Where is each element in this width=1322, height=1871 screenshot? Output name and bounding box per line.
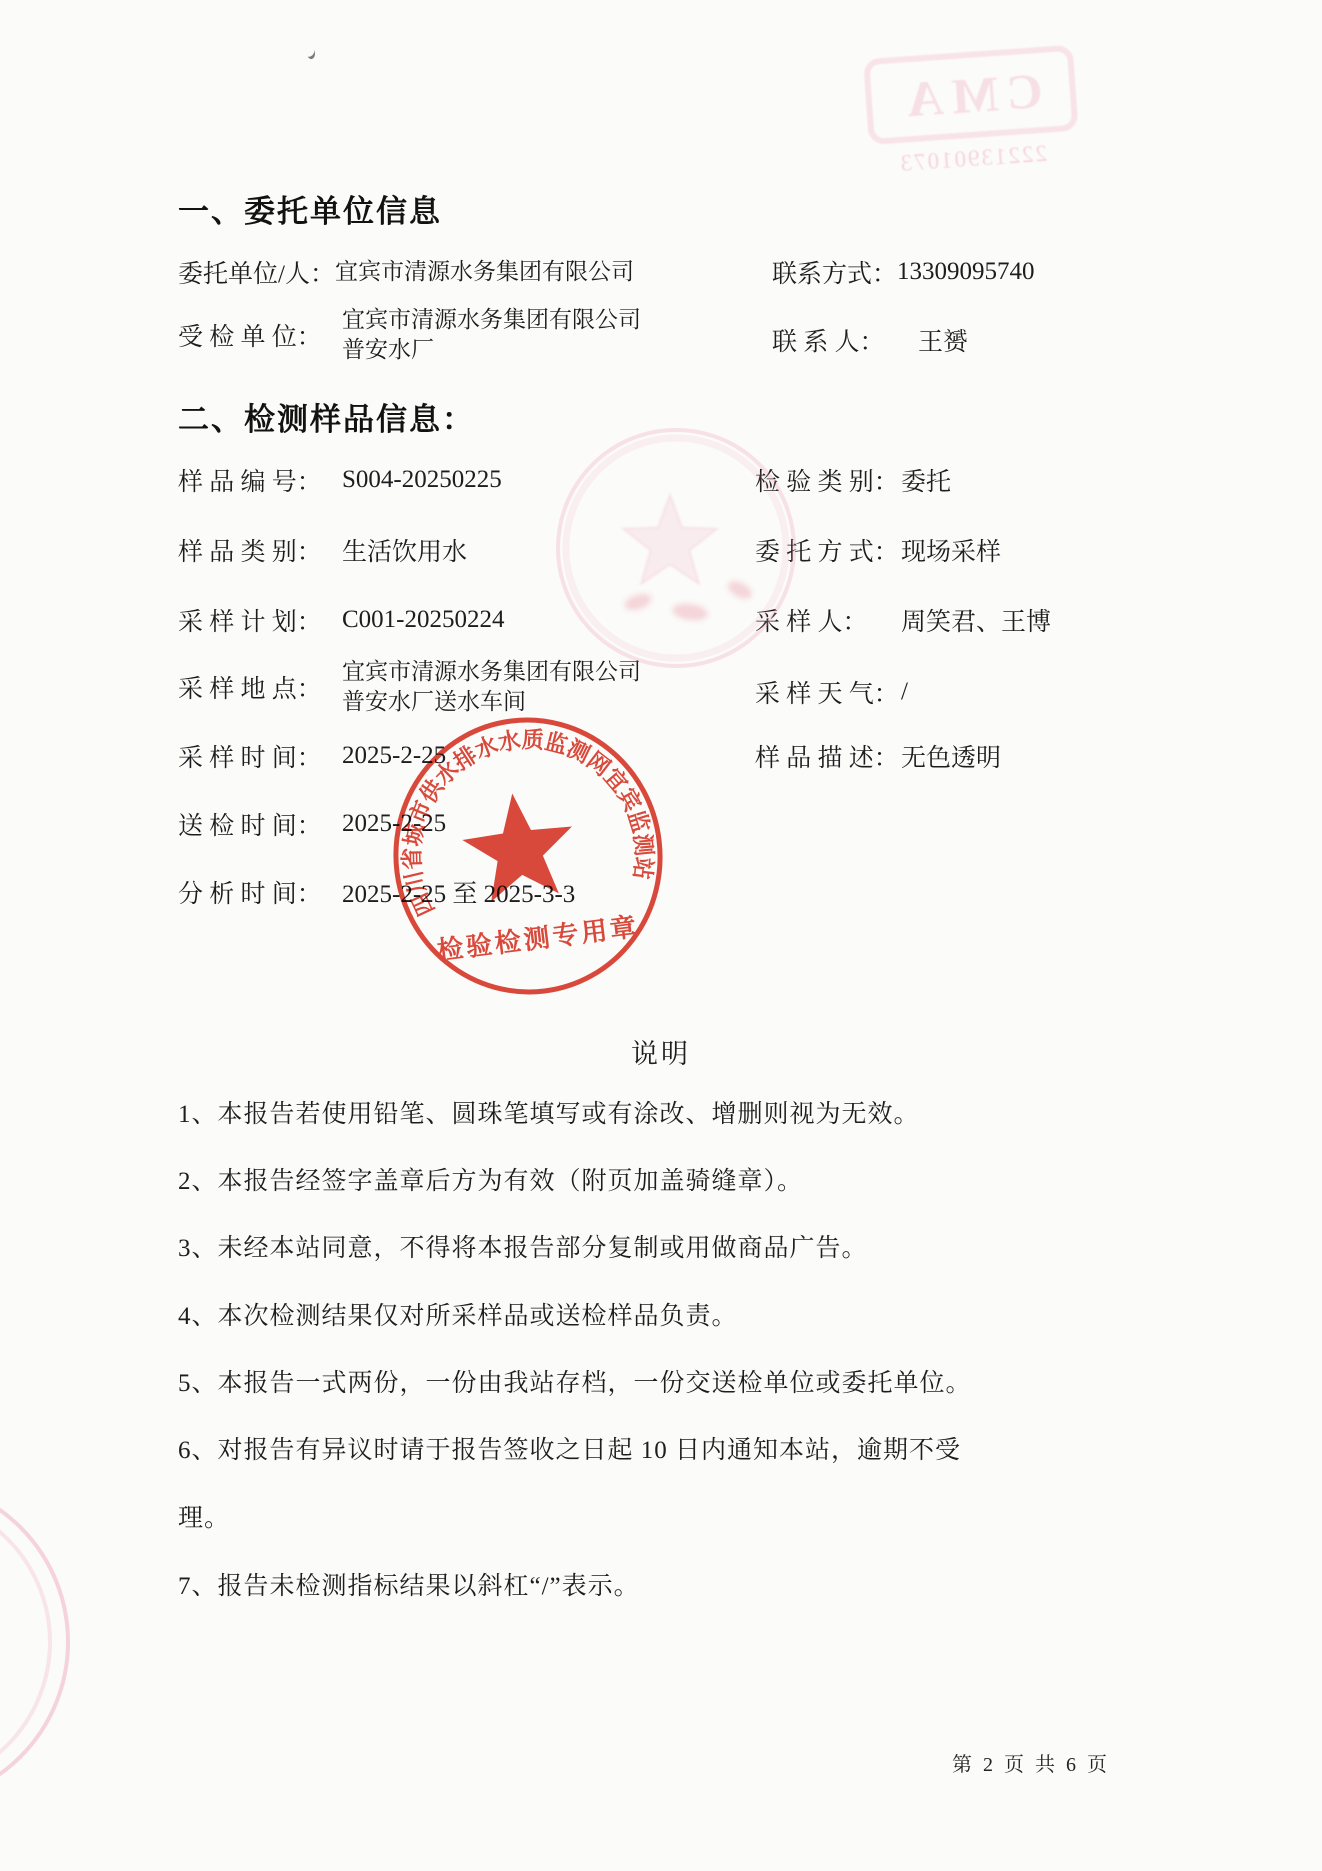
inspected-unit-line1: 宜宾市清源水务集团有限公司 bbox=[342, 307, 641, 332]
ghost-round-stamp bbox=[540, 412, 812, 684]
sampling-plan-value: C001-20250224 bbox=[342, 606, 505, 634]
sample-desc-label: 样 品 描 述： bbox=[755, 738, 901, 774]
contact-person-value: 王赟 bbox=[918, 322, 968, 358]
note-2: 2、本报告经签字盖章后方为有效（附页加盖骑缝章）。 bbox=[178, 1161, 803, 1197]
official-seal-stamp: 四川省城市供水排水水质监测网宜宾监测站 检验检测专用章 bbox=[383, 710, 673, 1002]
sample-type-value: 生活饮用水 bbox=[342, 532, 467, 568]
analysis-time-label: 分 析 时 间： bbox=[178, 874, 342, 910]
page-number-indicator: 第 2 页 共 6 页 bbox=[952, 1748, 1110, 1777]
section2-title: 二、检测样品信息： bbox=[178, 394, 475, 439]
client-label: 委托单位/人： bbox=[178, 254, 335, 290]
contact-method-row: 联系方式：13309095740 bbox=[772, 254, 1035, 290]
sample-no-row: 样 品 编 号：S004-20250225 bbox=[178, 462, 502, 498]
sample-desc-row: 样 品 描 述：无色透明 bbox=[755, 738, 1001, 774]
inspected-unit-line2: 普安水厂 bbox=[342, 337, 434, 362]
cma-ghost-stamp: CMA 22213901073 bbox=[858, 45, 1081, 180]
seal-bottom-text: 检验检测专用章 bbox=[436, 911, 641, 966]
pen-mark bbox=[306, 46, 315, 59]
client-row: 委托单位/人：宜宾市清源水务集团有限公司 bbox=[178, 254, 634, 290]
cma-serial-number: 22213901073 bbox=[865, 138, 1081, 179]
inspected-unit-value: 宜宾市清源水务集团有限公司 普安水厂 bbox=[342, 305, 641, 365]
weather-value: / bbox=[901, 678, 908, 706]
note-6-continued: 理。 bbox=[178, 1498, 230, 1534]
cma-logo: CMA bbox=[863, 45, 1078, 145]
sample-desc-value: 无色透明 bbox=[901, 738, 1001, 774]
inspection-type-value: 委托 bbox=[901, 462, 951, 498]
section1-title: 一、委托单位信息 bbox=[178, 186, 442, 231]
note-7: 7、报告未检测指标结果以斜杠“/”表示。 bbox=[178, 1566, 640, 1602]
note-3: 3、未经本站同意，不得将本报告部分复制或用做商品广告。 bbox=[178, 1228, 868, 1264]
inspected-unit-row: 受 检 单 位： 宜宾市清源水务集团有限公司 普安水厂 bbox=[178, 298, 641, 372]
contact-person-label: 联 系 人： bbox=[772, 322, 918, 358]
sample-no-value: S004-20250225 bbox=[342, 466, 502, 494]
contact-person-row: 联 系 人：王赟 bbox=[772, 322, 968, 358]
commission-mode-value: 现场采样 bbox=[901, 532, 1001, 568]
note-6: 6、对报告有异议时请于报告签收之日起 10 日内通知本站，逾期不受 bbox=[178, 1430, 961, 1466]
sample-no-label: 样 品 编 号： bbox=[178, 462, 342, 498]
sampler-value: 周笑君、王博 bbox=[901, 602, 1051, 638]
sample-type-row: 样 品 类 别：生活饮用水 bbox=[178, 532, 467, 568]
sample-type-label: 样 品 类 别： bbox=[178, 532, 342, 568]
sampling-site-label: 采 样 地 点： bbox=[178, 669, 342, 705]
note-4: 4、本次检测结果仅对所采样品或送检样品负责。 bbox=[178, 1296, 738, 1332]
sampling-plan-label: 采 样 计 划： bbox=[178, 602, 342, 638]
note-5: 5、本报告一式两份，一份由我站存档，一份交送检单位或委托单位。 bbox=[178, 1363, 972, 1399]
client-value: 宜宾市清源水务集团有限公司 bbox=[335, 257, 634, 287]
contact-method-value: 13309095740 bbox=[897, 258, 1035, 286]
contact-method-label: 联系方式： bbox=[772, 254, 897, 290]
inspected-unit-label: 受 检 单 位： bbox=[178, 317, 342, 353]
notes-title: 说明 bbox=[0, 1032, 1322, 1071]
note-1: 1、本报告若使用铅笔、圆珠笔填写或有涂改、增删则视为无效。 bbox=[178, 1094, 920, 1130]
sampling-time-label: 采 样 时 间： bbox=[178, 738, 342, 774]
seal-star bbox=[457, 787, 579, 905]
sampling-plan-row: 采 样 计 划：C001-20250224 bbox=[178, 602, 505, 638]
delivery-time-label: 送 检 时 间： bbox=[178, 806, 342, 842]
report-page: CMA 22213901073 一、委托单位信息 委托单位/人：宜宾市清源水务集… bbox=[0, 0, 1322, 1871]
